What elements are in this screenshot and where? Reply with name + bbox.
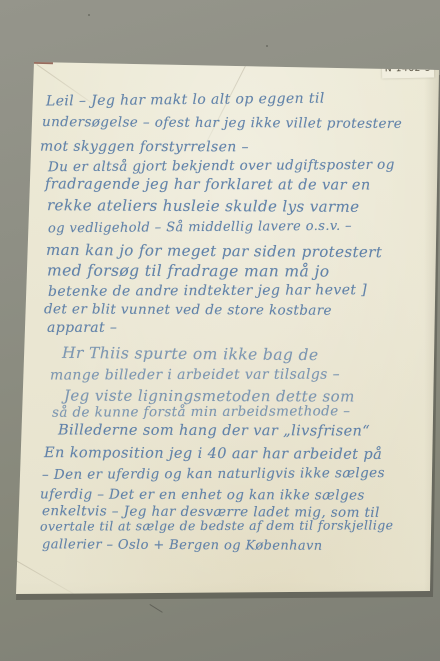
catalog-label: N 1462-3: [382, 59, 434, 79]
handwriting-line-23: gallerier – Oslo + Bergen og København: [42, 538, 323, 554]
paper-crease: [16, 560, 75, 595]
handwriting-line-6: rekke ateliers husleie skulde lys varme: [47, 197, 360, 215]
handwriting-line-17: Billederne som hang der var „livsfrisen“: [58, 423, 370, 440]
handwriting-line-4: Du er altså gjort bekjendt over udgiftsp…: [48, 158, 395, 175]
handwriting-line-5: fradragende jeg har forklaret at de var …: [45, 177, 371, 194]
handwriting-line-18: En komposition jeg i 40 aar har arbeidet…: [44, 446, 382, 464]
dust-speck: [266, 45, 268, 47]
handwriting-line-16: så de kunne forstå min arbeidsmethode –: [52, 404, 351, 420]
catalog-number-text: N 1462-3: [385, 63, 431, 74]
letter-paper: N 1462-3 Leil – Jeg har makt lo alt op e…: [0, 0, 440, 661]
handwriting-line-20: uferdig – Det er en enhet og kan ikke sæ…: [40, 487, 365, 503]
handwriting-line-8: man kan jo for meget par siden protester…: [46, 242, 382, 261]
handwriting-line-10: betenke de andre indtekter jeg har hevet…: [48, 283, 367, 300]
handwriting-line-22: overtale til at sælge de bedste af dem t…: [40, 518, 393, 533]
handwriting-line-3: mot skyggen forstyrrelsen –: [40, 140, 249, 156]
handwriting-line-1: Leil – Jeg har makt lo alt op eggen til: [46, 92, 325, 110]
dust-speck: [88, 14, 90, 16]
handwriting-line-11: det er blit vunnet ved de store kostbare: [44, 302, 332, 318]
handwriting-line-19: – Den er uferdig og kan naturligvis ikke…: [42, 466, 385, 483]
paper-edge-red-mark: [33, 60, 53, 65]
handwriting-line-9: med forsøg til fradrage man må jo: [47, 263, 329, 281]
handwriting-line-14: mange billeder i arbeidet var tilsalgs –: [50, 367, 340, 383]
background-scratch: [149, 604, 162, 613]
handwriting-line-15: Jeg viste ligningsmetoden dette som: [64, 387, 355, 405]
handwriting-line-7: og vedligehold – Så middellig lavere o.s…: [48, 220, 352, 237]
handwriting-line-13: Hr Thiis spurte om ikke bag de: [62, 345, 319, 364]
photo-background: N 1462-3 Leil – Jeg har makt lo alt op e…: [0, 0, 440, 661]
handwriting-line-12: apparat –: [47, 321, 117, 336]
handwriting-line-2: undersøgelse – ofest har jeg ikke villet…: [42, 115, 402, 132]
